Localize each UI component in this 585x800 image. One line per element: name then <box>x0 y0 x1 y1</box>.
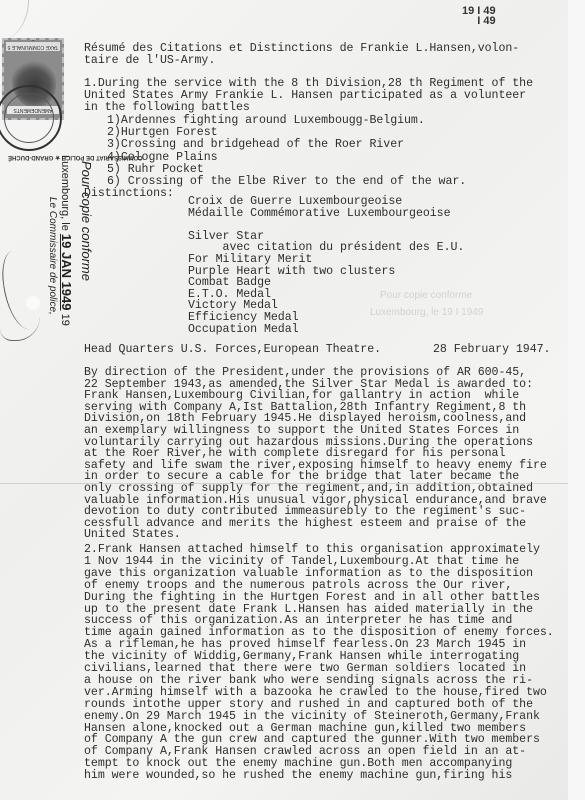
cert-city: Luxembourg, le <box>59 155 71 231</box>
distinctions-label: Distinctions: <box>84 188 174 200</box>
cert-year-suffix: 19 <box>59 314 71 326</box>
section-2-line: During the fighting in the Hurtgen Fores… <box>84 592 540 604</box>
distinction-item: Médaille Commémorative Luxembourgeoise <box>188 208 450 220</box>
section-2-line: enemy.On 29 March 1945 in the vicinity o… <box>84 711 540 723</box>
received-date-stamp: 19 I 49 I 49 <box>462 6 496 26</box>
punch-hole <box>26 296 40 310</box>
tax-stamp-band: TAXE COMMUNALE 5 F <box>6 42 60 51</box>
cert-signatory: Le Commissaire de police, <box>47 197 58 315</box>
citation-line: United States. <box>84 529 181 541</box>
battle-item: 4)Cologne Plains <box>107 152 218 164</box>
document-title-line-2: taire de l'US-Army. <box>84 55 215 67</box>
battle-item: 3)Crossing and bridgehead of the Roer Ri… <box>107 139 404 151</box>
hq-line-left: Head Quarters U.S. Forces,European Theat… <box>84 344 381 356</box>
section-2-line: him were wounded,so he rushed the enemy … <box>84 770 512 782</box>
cert-date: 19 JAN 1949 <box>59 234 74 311</box>
police-seal-icon <box>0 85 62 151</box>
hq-line-date: 28 February 1947. <box>433 344 550 356</box>
bleed-through-text: Pour copie conforme Luxembourg, le 19 I … <box>340 290 520 350</box>
distinction-item: Occupation Medal <box>188 324 299 336</box>
document-page: 19 I 49 I 49 TAXE COMMUNALE 5 F AMENDEME… <box>0 0 569 800</box>
paper-curl <box>0 0 29 40</box>
received-date-line-2: I 49 <box>462 16 496 26</box>
paper-fold-line <box>0 483 568 484</box>
cert-phrase: Pour copie conforme <box>79 161 94 281</box>
scan-margin <box>568 0 585 800</box>
section-1-line: in the following battles <box>84 102 250 114</box>
